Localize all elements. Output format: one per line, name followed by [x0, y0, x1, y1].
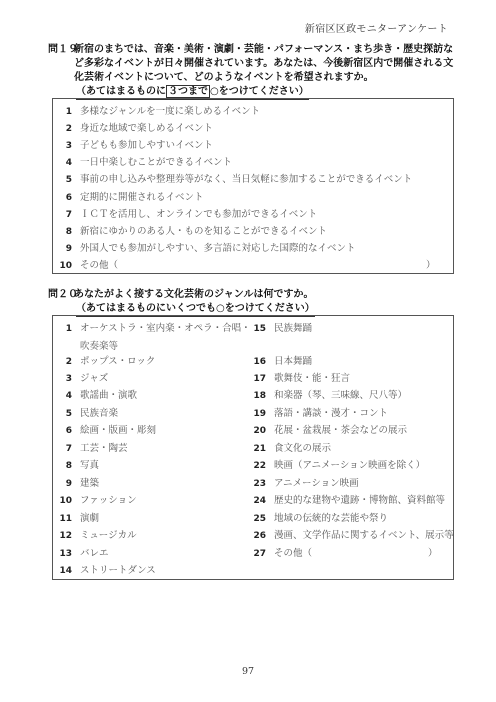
option-label: オーケストラ・室内楽・オペラ・合唱・ [80, 323, 251, 334]
option-label: 写真 [80, 460, 99, 471]
option-label: ＩＣＴを活用し、オンラインでも参加ができるイベント [80, 209, 317, 220]
option-item[interactable]: 8写真 [56, 457, 99, 471]
option-label: アニメーション映画 [274, 478, 359, 489]
option-item[interactable]: 24歴史的な建物や遺跡・博物館、資料館等 [250, 492, 445, 506]
option-label: 日本舞踊 [274, 356, 312, 367]
option-number: 17 [250, 374, 266, 384]
option-item[interactable]: 10その他（） [56, 257, 118, 271]
option-label: 映画（アニメーション映画を除く） [274, 460, 425, 471]
option-item[interactable]: 15民族舞踊 [250, 320, 312, 334]
option-item[interactable]: 21食文化の展示 [250, 440, 331, 454]
option-label: 演劇 [80, 513, 99, 524]
option-item[interactable]: 4歌謡曲・演歌 [56, 387, 137, 401]
option-number: 26 [250, 531, 266, 541]
option-item[interactable]: 10ファッション [56, 492, 137, 506]
option-label: 定期的に開催されるイベント [80, 192, 204, 203]
option-label: ジャズ [80, 373, 108, 384]
option-label: 歌謡曲・演歌 [80, 390, 137, 401]
option-item[interactable]: 7ＩＣＴを活用し、オンラインでも参加ができるイベント [56, 206, 317, 220]
option-item[interactable]: 23アニメーション映画 [250, 475, 359, 489]
option-label: ファッション [80, 495, 137, 506]
option-number: 15 [250, 324, 266, 334]
question-19-label: 問１９ [48, 43, 78, 57]
option-number: 14 [56, 566, 72, 576]
option-item[interactable]: 11演劇 [56, 510, 99, 524]
option-item[interactable]: 18和楽器（琴、三味線、尺八等） [250, 387, 407, 401]
option-number: 19 [250, 409, 266, 419]
option-item[interactable]: 4一日中楽しむことができるイベント [56, 154, 232, 168]
option-label: 歌舞伎・能・狂言 [274, 373, 350, 384]
option-label: 事前の申し込みや整理券等がなく、当日気軽に参加することができるイベント [80, 174, 412, 185]
option-number: 5 [56, 409, 72, 419]
option-label: 地域の伝統的な芸能や祭り [274, 513, 388, 524]
option-item[interactable]: 19落語・講談・漫才・コント [250, 405, 388, 419]
option-item[interactable]: 17歌舞伎・能・狂言 [250, 370, 350, 384]
option-number: 6 [56, 426, 72, 436]
option-number: 1 [56, 107, 72, 117]
option-number: 21 [250, 444, 266, 454]
option-label: ミュージカル [80, 530, 137, 541]
option-number: 9 [56, 479, 72, 489]
option-item[interactable]: 5事前の申し込みや整理券等がなく、当日気軽に参加することができるイベント [56, 171, 412, 185]
option-number: 2 [56, 124, 72, 134]
option-label: 子どもも参加しやすいイベント [80, 140, 213, 151]
option-label: 花展・盆栽展・茶会などの展示 [274, 425, 407, 436]
option-item[interactable]: 6定期的に開催されるイベント [56, 189, 204, 203]
question-19: 問１９ 新宿のまちでは、音楽・美術・演劇・芸能・パフォーマンス・まち歩き・歴史探… [48, 43, 454, 100]
option-number: 2 [56, 357, 72, 367]
option-number: 25 [250, 514, 266, 524]
option-number: 12 [56, 531, 72, 541]
option-item[interactable]: 2身近な地域で楽しめるイベント [56, 120, 213, 134]
option-item[interactable]: 1多様なジャンルを一度に楽しめるイベント [56, 103, 260, 117]
option-label: 歴史的な建物や遺跡・博物館、資料館等 [274, 495, 445, 506]
option-label: 絵画・版画・彫刻 [80, 425, 156, 436]
option-label: バレエ [80, 548, 109, 559]
option-item[interactable]: 3ジャズ [56, 370, 108, 384]
option-item[interactable]: 1オーケストラ・室内楽・オペラ・合唱・吹奏楽等 [56, 320, 251, 352]
option-label: 和楽器（琴、三味線、尺八等） [274, 390, 407, 401]
option-number: 9 [56, 244, 72, 254]
option-number: 4 [56, 158, 72, 168]
option-number: 1 [56, 324, 72, 334]
option-label: 多様なジャンルを一度に楽しめるイベント [80, 106, 260, 117]
other-close-paren: ） [428, 545, 438, 559]
option-item[interactable]: 25地域の伝統的な芸能や祭り [250, 510, 388, 524]
option-number: 8 [56, 461, 72, 471]
option-label: 身近な地域で楽しめるイベント [80, 123, 213, 134]
option-item[interactable]: 27その他（） [250, 545, 312, 559]
option-item[interactable]: 9外国人でも参加がしやすい、多言語に対応した国際的なイベント [56, 240, 356, 254]
option-number: 7 [56, 210, 72, 220]
option-item[interactable]: 26漫画、文学作品に関するイベント、展示等 [250, 527, 454, 541]
option-label: 落語・講談・漫才・コント [274, 408, 388, 419]
option-number: 13 [56, 549, 72, 559]
option-item[interactable]: 3子どもも参加しやすいイベント [56, 137, 213, 151]
question-20: 問２０ あなたがよく接する文化芸術のジャンルは何ですか。 （あてはまるものにいく… [48, 288, 454, 317]
option-number: 3 [56, 374, 72, 384]
option-label: 民族舞踊 [274, 323, 312, 334]
option-number: 11 [56, 514, 72, 524]
question-20-text: あなたがよく接する文化芸術のジャンルは何ですか。 [74, 288, 454, 302]
instruction-limit-boxed: ３つまで [166, 85, 210, 98]
question-19-text: 新宿のまちでは、音楽・美術・演劇・芸能・パフォーマンス・まち歩き・歴史探訪など多… [74, 43, 454, 85]
option-number: 16 [250, 357, 266, 367]
option-item[interactable]: 8新宿にゆかりのある人・ものを知ることができるイベント [56, 223, 327, 237]
option-label: その他（ [274, 548, 312, 559]
option-label: 工芸・陶芸 [80, 443, 128, 454]
option-label: 民族音楽 [80, 408, 118, 419]
option-number: 7 [56, 444, 72, 454]
option-number: 6 [56, 193, 72, 203]
option-number: 22 [250, 461, 266, 471]
option-item[interactable]: 6絵画・版画・彫刻 [56, 422, 156, 436]
other-close-paren: ） [426, 257, 436, 271]
option-number: 18 [250, 391, 266, 401]
option-number: 5 [56, 175, 72, 185]
instruction-text: ○をつけてください） [210, 86, 309, 97]
option-item[interactable]: 13バレエ [56, 545, 109, 559]
option-item[interactable]: 20花展・盆栽展・茶会などの展示 [250, 422, 407, 436]
option-label: 一日中楽しむことができるイベント [80, 157, 232, 168]
option-label: 新宿にゆかりのある人・ものを知ることができるイベント [80, 226, 327, 237]
option-number: 10 [56, 496, 72, 506]
option-number: 10 [56, 261, 72, 271]
option-item[interactable]: 16日本舞踊 [250, 353, 312, 367]
option-label: 建築 [80, 478, 99, 489]
page-number: 97 [0, 666, 496, 677]
option-item[interactable]: 5民族音楽 [56, 405, 118, 419]
option-item[interactable]: 14ストリートダンス [56, 562, 156, 576]
option-label-continued: 吹奏楽等 [80, 338, 251, 352]
option-label: その他（ [80, 260, 118, 271]
instruction-text: （あてはまるものに [76, 86, 166, 97]
option-item[interactable]: 12ミュージカル [56, 527, 137, 541]
option-label: 外国人でも参加がしやすい、多言語に対応した国際的なイベント [80, 243, 356, 254]
option-label: 漫画、文学作品に関するイベント、展示等 [274, 530, 454, 541]
option-number: 27 [250, 549, 266, 559]
survey-header-title: 新宿区区政モニターアンケート [305, 20, 448, 35]
option-number: 3 [56, 141, 72, 151]
option-item[interactable]: 7工芸・陶芸 [56, 440, 128, 454]
option-label: ポップス・ロック [80, 356, 155, 367]
option-number: 8 [56, 227, 72, 237]
option-number: 4 [56, 391, 72, 401]
option-item[interactable]: 2ポップス・ロック [56, 353, 155, 367]
question-20-label: 問２０ [48, 288, 78, 302]
option-label: ストリートダンス [80, 565, 156, 576]
option-number: 23 [250, 479, 266, 489]
option-label: 食文化の展示 [274, 443, 331, 454]
option-item[interactable]: 9建築 [56, 475, 99, 489]
option-number: 20 [250, 426, 266, 436]
option-item[interactable]: 22映画（アニメーション映画を除く） [250, 457, 425, 471]
option-number: 24 [250, 496, 266, 506]
